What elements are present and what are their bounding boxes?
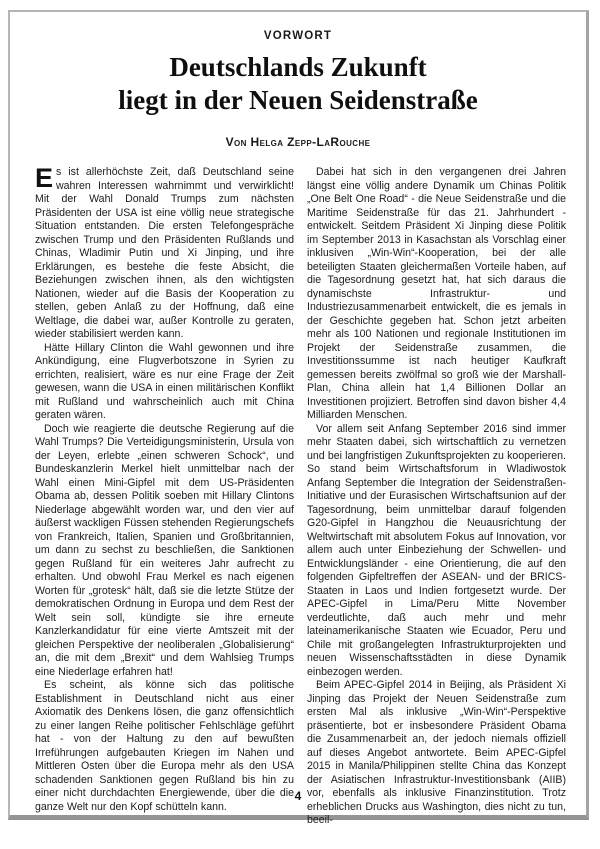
page-number: 4	[10, 789, 586, 803]
byline: Von Helga Zepp-LaRouche	[35, 135, 561, 149]
book-page: VORWORT Deutschlands Zukunftliegt in der…	[8, 10, 589, 820]
paragraph: Beim APEC-Gipfel 2014 in Beijing, als Pr…	[307, 679, 566, 828]
paragraph-dropcap: Es ist allerhöchste Zeit, daß Deutschlan…	[35, 166, 294, 342]
paragraph: Hätte Hillary Clinton die Wahl gewonnen …	[35, 342, 294, 423]
title-line-2: liegt in der Neuen Seidenstraße	[118, 85, 478, 115]
paragraph-text: s ist allerhöchste Zeit, daß Deutschland…	[35, 166, 294, 340]
title-line-1: Deutschlands Zukunft	[169, 52, 426, 82]
paragraph: Dabei hat sich in den vergangenen drei J…	[307, 166, 566, 423]
paragraph: Doch wie reagierte die deutsche Regierun…	[35, 423, 294, 680]
scanned-page-canvas: VORWORT Deutschlands Zukunftliegt in der…	[0, 0, 600, 849]
section-kicker: VORWORT	[35, 30, 561, 42]
page-title: Deutschlands Zukunftliegt in der Neuen S…	[35, 51, 561, 117]
paragraph: Vor allem seit Anfang September 2016 sin…	[307, 423, 566, 680]
article-columns: Es ist allerhöchste Zeit, daß Deutschlan…	[35, 166, 561, 828]
drop-cap: E	[35, 166, 56, 190]
left-column: Es ist allerhöchste Zeit, daß Deutschlan…	[35, 166, 294, 828]
right-column: Dabei hat sich in den vergangenen drei J…	[307, 166, 566, 828]
